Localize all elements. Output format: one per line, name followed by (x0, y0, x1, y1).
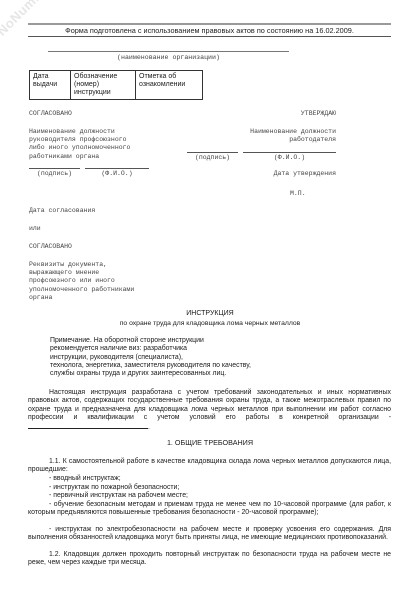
requisites-line: профсоюзного или иного (29, 277, 134, 285)
instruction-number-cell[interactable]: Обозначение (номер) инструкции (71, 71, 136, 100)
issue-table: Дата выдачи Обозначение (номер) инструкц… (29, 70, 203, 100)
electrical-safety-paragraph: - инструктаж по электробезопасности на р… (28, 526, 391, 543)
instruction-number-header: Обозначение (номер) инструкции (74, 73, 117, 96)
or-label: или (29, 225, 41, 233)
employer-position-block: Наименование должности работодателя (220, 128, 336, 144)
issue-date-cell[interactable]: Дата выдачи (30, 71, 71, 100)
requisites-line: Реквизиты документа, (29, 261, 134, 269)
list-item: - первичный инструктаж на рабочем месте; (49, 492, 188, 501)
visa-note: Примечание. На оборотной стороне инструк… (50, 337, 251, 379)
left-name-line[interactable] (85, 168, 149, 169)
right-signature-line[interactable] (187, 152, 238, 153)
note-line: рекомендуется наличие виз: разработчика (50, 345, 251, 353)
paragraph-1-1: 1.1. К самостоятельной работе в качестве… (28, 458, 391, 475)
paragraph-1-2: 1.2. Кладовщик должен проходить повторны… (28, 551, 391, 568)
agreed-heading: СОГЛАСОВАНО (29, 110, 72, 118)
seal-label: М.П. (290, 190, 306, 198)
training-paragraph: - обучение безопасным методам и приемам … (28, 501, 391, 518)
table-row: Дата выдачи Обозначение (номер) инструкц… (30, 71, 203, 100)
left-name-caption: (Ф.И.О.) (85, 170, 149, 178)
union-position-block: Наименование должности руководителя проф… (29, 128, 130, 161)
form-source-note: Форма подготовлена с использованием прав… (28, 23, 391, 37)
agreement-date-label: Дата согласования (29, 207, 95, 215)
requisites-line: выражающего мнение (29, 269, 134, 277)
acknowledgment-cell[interactable]: Отметка об ознакомлении (136, 71, 203, 100)
organization-caption: (наименование организации) (48, 54, 289, 61)
right-name-line[interactable] (243, 152, 336, 153)
approve-heading: УТВЕРЖДАЮ (250, 110, 336, 118)
list-item: - инструктаж по пожарной безопасности; (49, 484, 188, 493)
prerequisite-list: - вводный инструктаж; - инструктаж по по… (49, 475, 188, 501)
left-signature-line[interactable] (29, 168, 80, 169)
position-line: либо иного уполномоченного (29, 144, 130, 152)
position-line: Наименование должности (29, 128, 130, 136)
position-line: Наименование должности (220, 128, 336, 136)
note-line: службы охраны труда и других заинтересов… (50, 370, 251, 378)
document-title: ИНСТРУКЦИЯ (0, 310, 420, 317)
agreed-heading-alt: СОГЛАСОВАНО (29, 243, 72, 251)
issue-date-header: Дата выдачи (33, 73, 57, 88)
requisites-line: органа (29, 294, 134, 302)
organization-name-line[interactable] (48, 51, 289, 52)
document-subtitle: по охране труда для кладовщика лома черн… (0, 320, 420, 327)
requisites-line: уполномоченного работниками (29, 286, 134, 294)
list-item: - вводный инструктаж; (49, 475, 188, 484)
right-signature-caption: (подпись) (187, 154, 238, 162)
acknowledgment-header: Отметка об ознакомлении (139, 73, 185, 88)
position-line: работниками органа (29, 153, 130, 161)
left-signature-caption: (подпись) (29, 170, 80, 178)
intro-end: . (148, 424, 150, 431)
approval-date-label: Дата утверждения (236, 170, 336, 178)
right-name-caption: (Ф.И.О.) (243, 154, 336, 162)
intro-text: Настоящая инструкция разработана с учето… (28, 389, 391, 421)
intro-paragraph: Настоящая инструкция разработана с учето… (28, 389, 391, 433)
note-line: инструкции, руководителя (специалиста), (50, 354, 251, 362)
position-line: работодателя (220, 136, 336, 144)
section-1-title: 1. ОБЩИЕ ТРЕБОВАНИЯ (0, 438, 420, 447)
requisites-block: Реквизиты документа, выражающего мнение … (29, 261, 134, 302)
organization-blank-field[interactable] (28, 422, 148, 429)
